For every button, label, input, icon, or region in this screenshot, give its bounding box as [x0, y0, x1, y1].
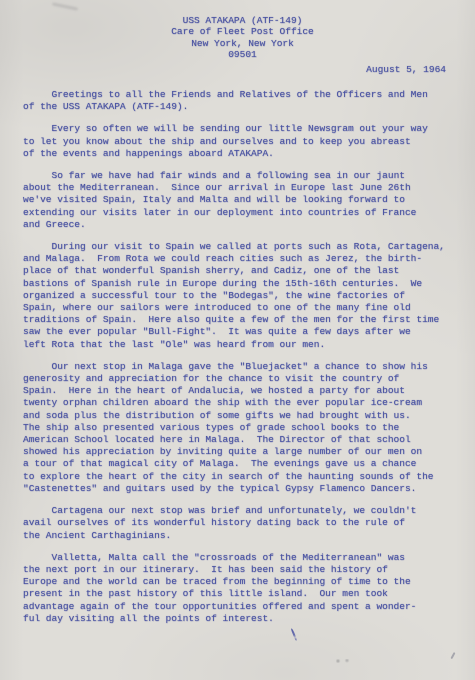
paragraph-greeting: Greetings to all the Friends and Relativ… [23, 89, 460, 113]
paragraph-malaga-stop: Our next stop in Malaga gave the "Blueja… [23, 361, 460, 495]
scan-smudge [52, 2, 78, 10]
scan-speck-tick [450, 652, 455, 659]
letterhead-city-line: New York, New York [191, 38, 294, 49]
letter-date: August 5, 1964 [366, 64, 446, 76]
letterhead-ship-name: USS ATAKAPA (ATF-149) [183, 15, 303, 26]
letterhead-address-line: Care of Fleet Post Office [171, 26, 314, 37]
paragraph-spain-visit: During our visit to Spain we called at p… [23, 241, 460, 351]
paragraph-newsgram-intro: Every so often we will be sending our li… [23, 123, 460, 160]
scan-speck-dots [336, 659, 350, 663]
scanned-letter-page: USS ATAKAPA (ATF-149) Care of Fleet Post… [0, 0, 475, 680]
letterhead: USS ATAKAPA (ATF-149) Care of Fleet Post… [10, 15, 475, 61]
letterhead-zip: 09501 [228, 49, 257, 60]
paragraph-valletta-malta: Valletta, Malta call the "crossroads of … [23, 552, 460, 625]
paragraph-cartagena-stop: Cartagena our next stop was brief and un… [23, 505, 460, 542]
letter-body: Greetings to all the Friends and Relativ… [23, 89, 460, 635]
paragraph-mediterranean-jaunt: So far we have had fair winds and a foll… [23, 170, 460, 231]
